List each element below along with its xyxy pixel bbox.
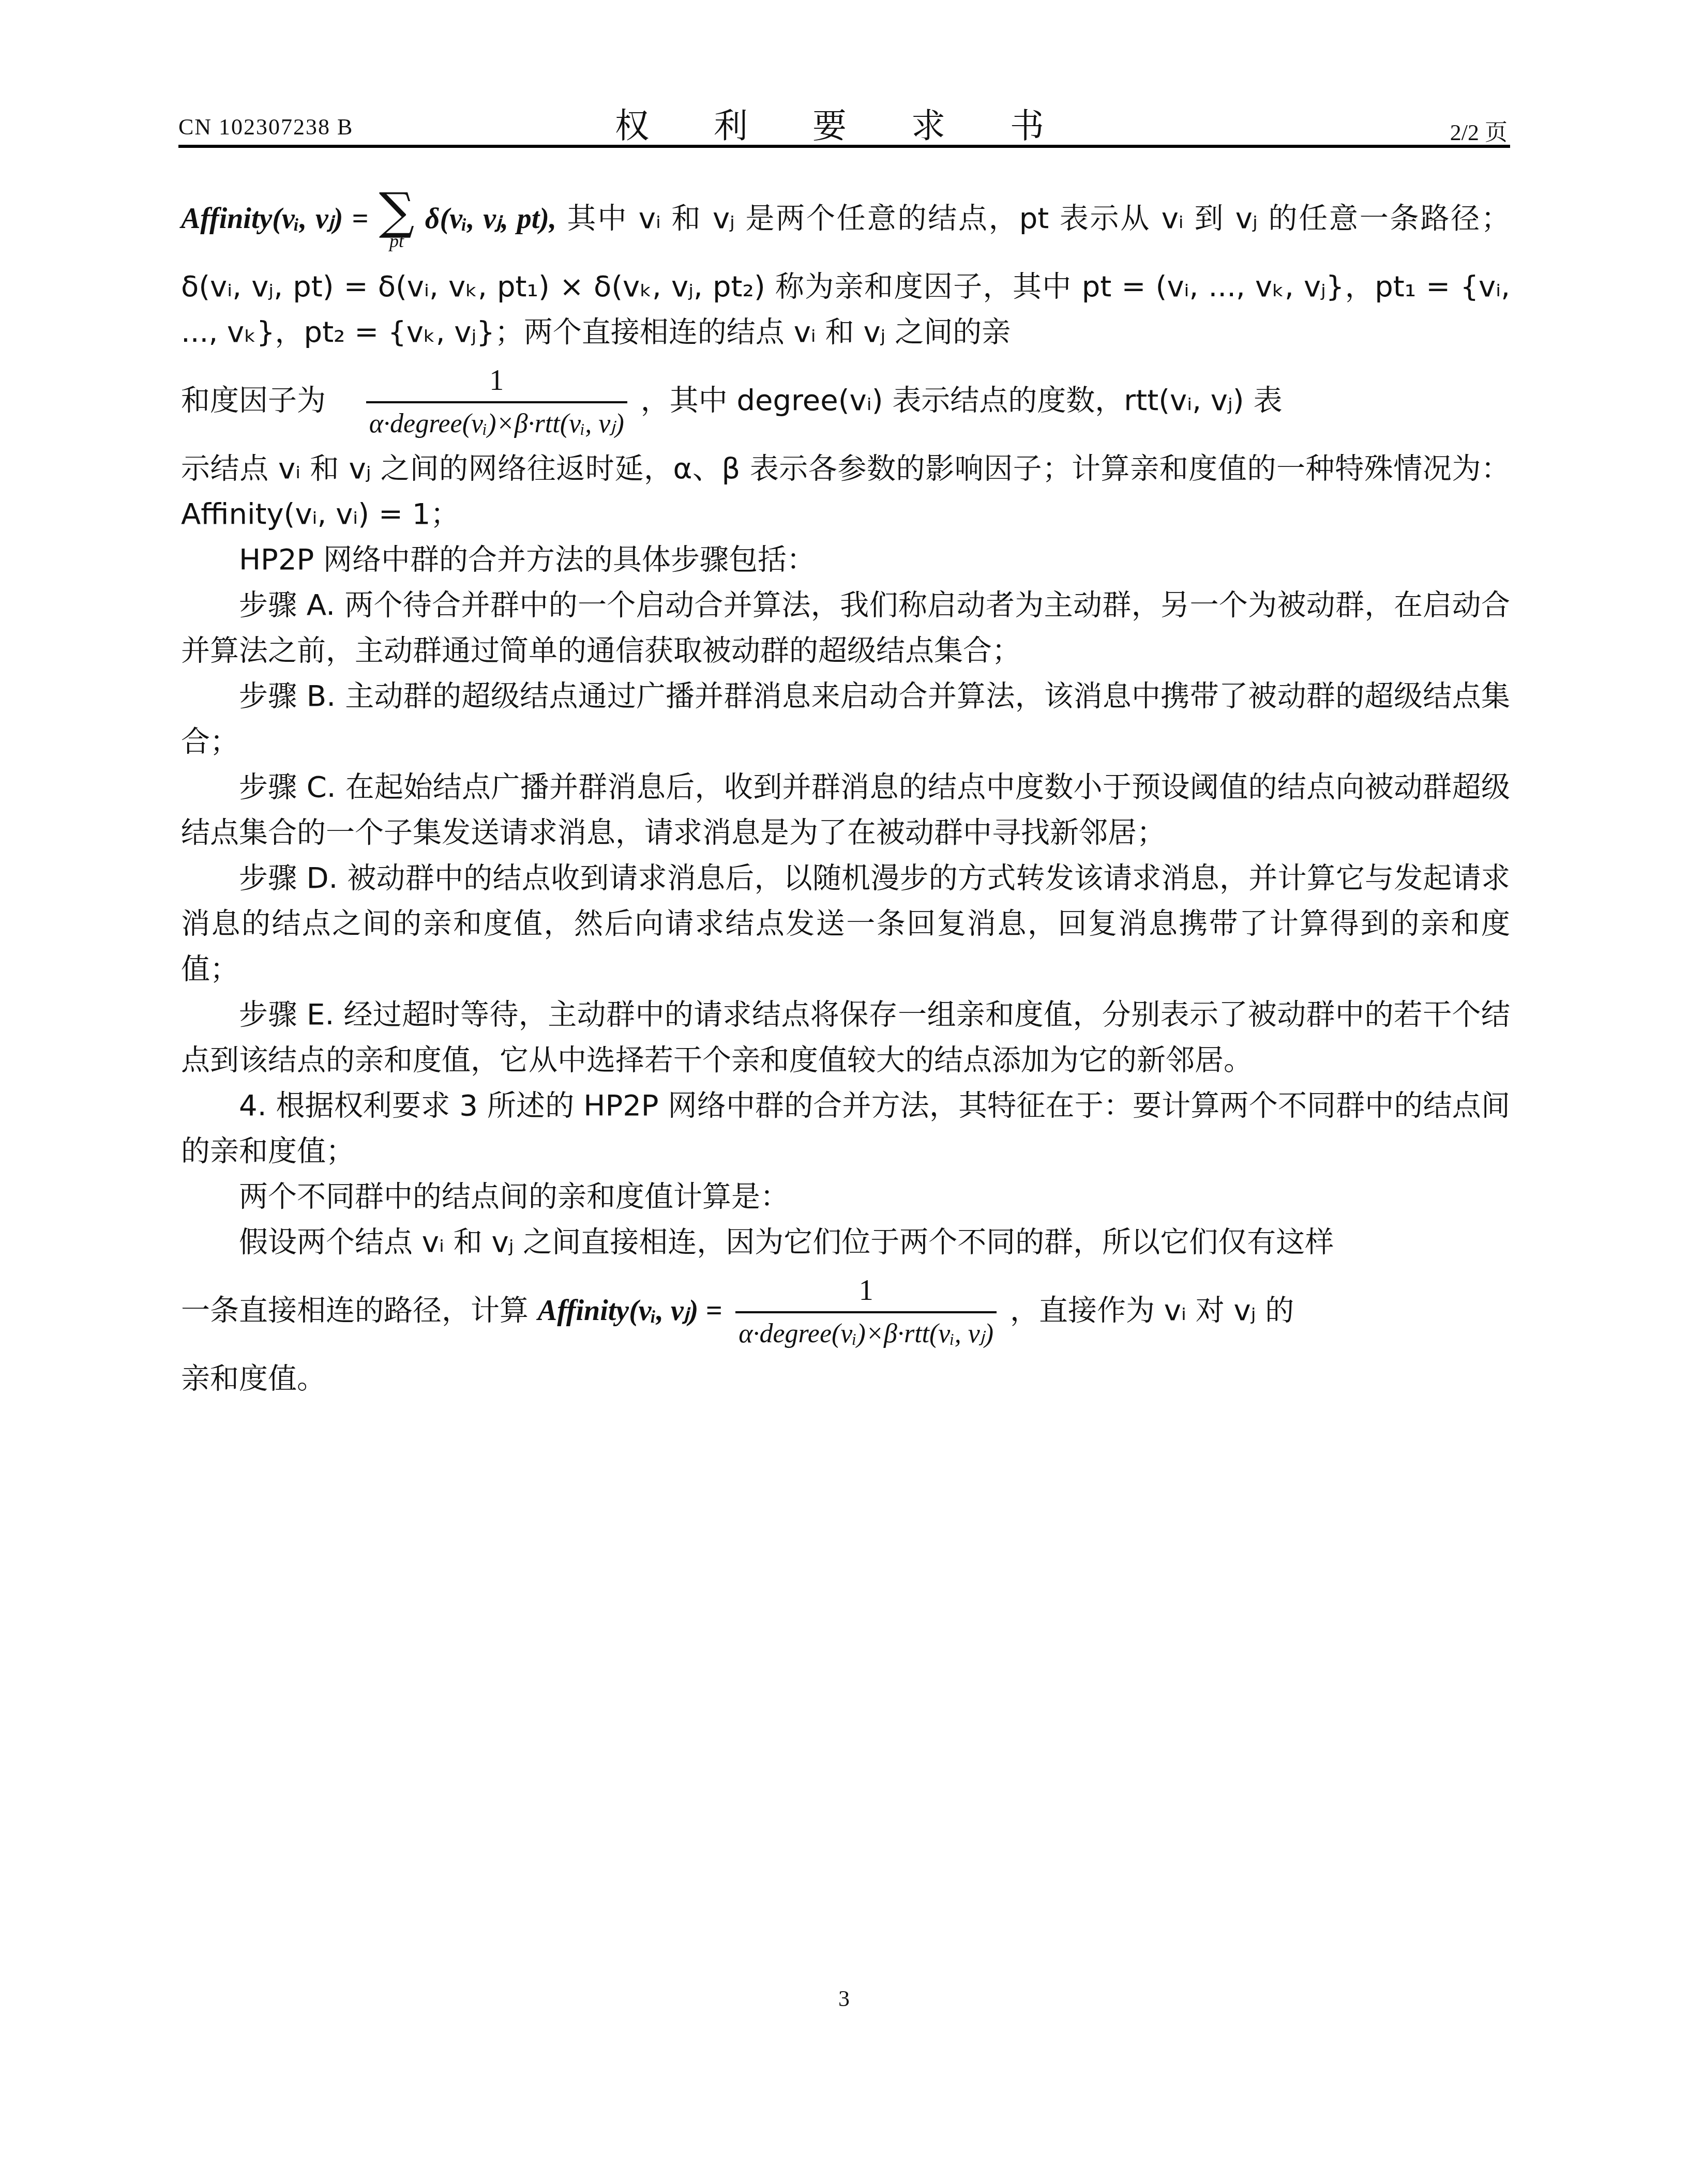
affinity-sum-formula: Affinity(vᵢ, vⱼ) = ∑ pt δ(vᵢ, vⱼ, pt), (181, 202, 567, 235)
affinity-special-case-paragraph: 示结点 vᵢ 和 vⱼ 之间的网络往返时延，α、β 表示各参数的影响因子；计算亲… (181, 446, 1510, 537)
claim-4-calc-intro: 两个不同群中的结点间的亲和度值计算是： (181, 1174, 1510, 1220)
affinity-factor-paragraph: 和度因子为 1 α·degree(vᵢ)×β·rtt(vᵢ, vⱼ) ，其中 d… (181, 355, 1510, 446)
affinity-definition-paragraph: Affinity(vᵢ, vⱼ) = ∑ pt δ(vᵢ, vⱼ, pt), 其… (181, 173, 1510, 355)
fraction-denominator: α·degree(vᵢ)×β·rtt(vᵢ, vⱼ) (366, 403, 627, 445)
fraction-numerator: 1 (859, 1270, 873, 1311)
claim-4: 4. 根据权利要求 3 所述的 HP2P 网络中群的合并方法，其特征在于：要计算… (181, 1083, 1510, 1174)
step-e: 步骤 E. 经过超时等待，主动群中的请求结点将保存一组亲和度值，分别表示了被动群… (181, 992, 1510, 1083)
factor-prefix: 和度因子为 (181, 384, 326, 417)
page-header: CN 102307238 B 权 利 要 求 书 2/2 页 (178, 98, 1508, 145)
claim-4-formula-suffix: ，直接作为 vᵢ 对 vⱼ 的 (1010, 1294, 1294, 1327)
step-d: 步骤 D. 被动群中的结点收到请求消息后，以随机漫步的方式转发该请求消息，并计算… (181, 856, 1510, 992)
claim-4-formula-paragraph: 一条直接相连的路径，计算 Affinity(vᵢ, vⱼ) = 1 α·degr… (181, 1265, 1510, 1356)
formula-affinity-rhs: δ(vᵢ, vⱼ, pt), (425, 203, 556, 235)
claim-4-assumption: 假设两个结点 vᵢ 和 vⱼ 之间直接相连，因为它们位于两个不同的群，所以它们仅… (181, 1220, 1510, 1265)
page-number: 3 (0, 1985, 1688, 2012)
header-rule (178, 145, 1510, 148)
sum-symbol: ∑ (379, 190, 415, 232)
direct-affinity-fraction: 1 α·degree(vᵢ)×β·rtt(vᵢ, vⱼ) (735, 1270, 997, 1355)
direct-affinity-lhs: Affinity(vᵢ, vⱼ) = (538, 1295, 722, 1327)
fraction-numerator: 1 (489, 360, 504, 401)
step-a: 步骤 A. 两个待合并群中的一个启动合并算法，我们称启动者为主动群，另一个为被动… (181, 583, 1510, 674)
summation: ∑ pt (379, 190, 415, 250)
claim-4-formula-prefix: 一条直接相连的路径，计算 (181, 1294, 529, 1327)
step-b: 步骤 B. 主动群的超级结点通过广播并群消息来启动合并算法，该消息中携带了被动群… (181, 674, 1510, 765)
step-c: 步骤 C. 在起始结点广播并群消息后，收到并群消息的结点中度数小于预设阈值的结点… (181, 765, 1510, 856)
steps-intro: HP2P 网络中群的合并方法的具体步骤包括： (181, 537, 1510, 583)
page-indicator: 2/2 页 (1450, 114, 1508, 147)
claim-4-tail: 亲和度值。 (181, 1356, 1510, 1402)
affinity-factor-fraction: 1 α·degree(vᵢ)×β·rtt(vᵢ, vⱼ) (366, 360, 627, 445)
fraction-denominator: α·degree(vᵢ)×β·rtt(vᵢ, vⱼ) (735, 1313, 997, 1355)
formula-affinity-lhs: Affinity(vᵢ, vⱼ) = (181, 203, 368, 235)
claims-body: Affinity(vᵢ, vⱼ) = ∑ pt δ(vᵢ, vⱼ, pt), 其… (181, 173, 1510, 1402)
document-title: 权 利 要 求 书 (178, 98, 1508, 147)
factor-suffix: ，其中 degree(vᵢ) 表示结点的度数，rtt(vᵢ, vⱼ) 表 (641, 384, 1283, 417)
